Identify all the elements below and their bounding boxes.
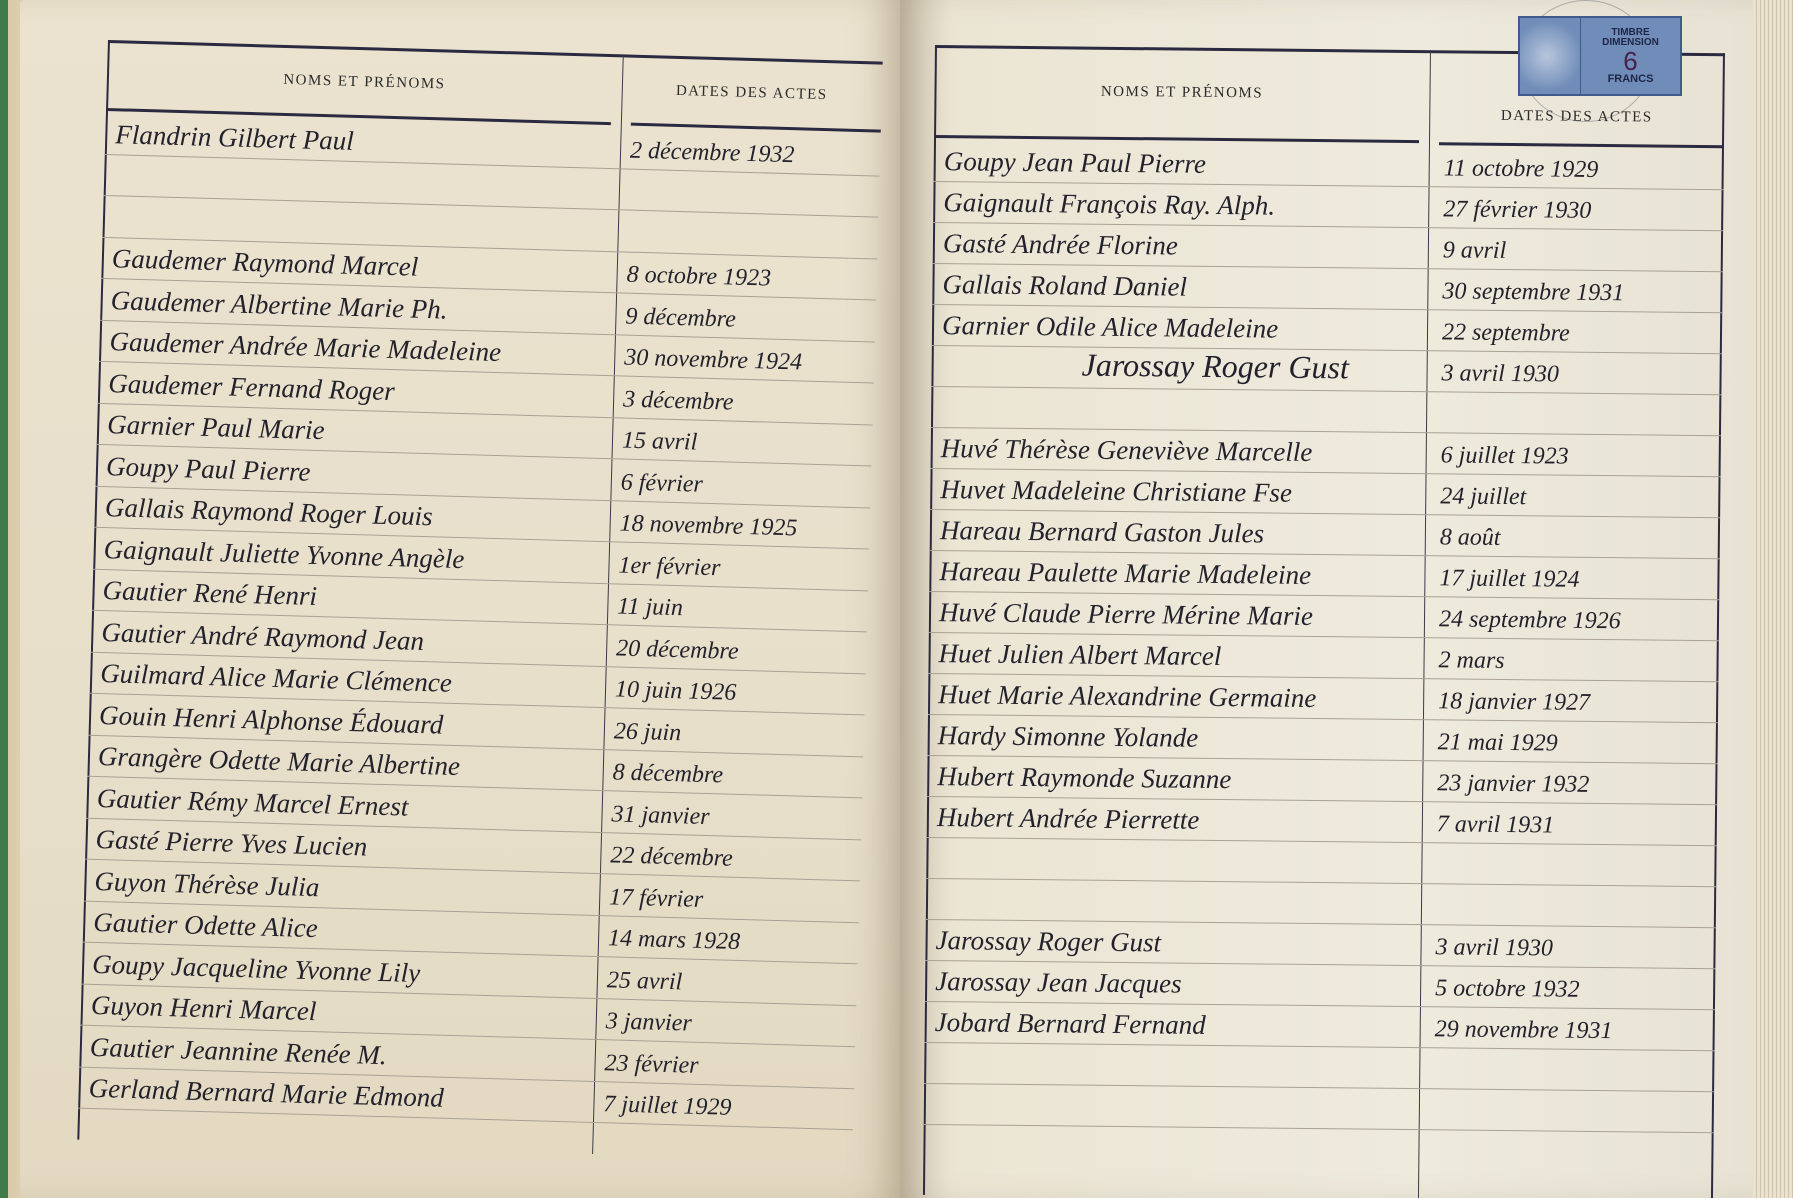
entry-name: Garnier Odile Alice Madeleine — [942, 310, 1278, 345]
entry-date: 22 septembre — [1442, 319, 1570, 347]
entry-date: 18 janvier 1927 — [1438, 688, 1590, 717]
entry-name: Goupy Jacqueline Yvonne Lily — [92, 948, 421, 988]
entry-date: 7 juillet 1929 — [603, 1091, 732, 1122]
entry-name: Huet Julien Albert Marcel — [938, 638, 1221, 672]
entry-date: 8 décembre — [612, 759, 723, 789]
entry-name: Jobard Bernard Fernand — [935, 1007, 1206, 1041]
page-stack-edge — [1753, 0, 1793, 1198]
entry-date: 26 juin — [614, 718, 682, 747]
entry-name: Hubert Andrée Pierrette — [937, 802, 1200, 836]
entry-name: Garnier Paul Marie — [107, 409, 325, 446]
dates-column-header: DATES DES ACTES — [621, 54, 883, 131]
entry-name: Gaudemer Andrée Marie Madeleine — [109, 326, 501, 368]
entry-date: 3 avril 1930 — [1435, 934, 1553, 962]
entry-name: Gallais Raymond Roger Louis — [105, 492, 433, 532]
entry-date: 10 juin 1926 — [615, 676, 737, 706]
left-register-table: NOMS ET PRÉNOMS DATES DES ACTES Flandrin… — [77, 40, 882, 1161]
entry-date: 30 septembre 1931 — [1442, 278, 1624, 307]
entry-date: 9 avril — [1443, 237, 1507, 265]
entry-name: Gautier Rémy Marcel Ernest — [96, 782, 408, 822]
entry-date: 11 octobre 1929 — [1444, 155, 1599, 184]
entry-name: Gautier René Henri — [102, 575, 317, 612]
entry-date: 6 juillet 1923 — [1441, 442, 1569, 470]
entry-name: Gallais Roland Daniel — [942, 269, 1187, 303]
entry-date: 18 novembre 1925 — [619, 510, 797, 542]
entry-name: Guyon Thérèse Julia — [94, 865, 320, 902]
entry-date: 25 avril — [607, 967, 683, 996]
entry-date: 2 décembre 1932 — [630, 137, 795, 169]
entry-date: 6 février — [620, 469, 703, 498]
entry-name: Hardy Simonne Yolande — [938, 720, 1199, 754]
entry-name: Huvet Madeleine Christiane Fse — [940, 474, 1292, 509]
entry-date: 9 décembre — [625, 303, 736, 333]
entry-date: 30 novembre 1924 — [624, 345, 802, 377]
entry-name: Gasté Andrée Florine — [943, 228, 1178, 261]
entry-name: Gaudemer Fernand Roger — [108, 368, 395, 407]
entry-name: Guilmard Alice Marie Clémence — [100, 658, 452, 699]
entry-date: 17 février — [609, 884, 704, 914]
entry-date: 17 juillet 1924 — [1439, 565, 1579, 593]
entry-name: Gaudemer Albertine Marie Ph. — [110, 285, 448, 325]
right-register-table: NOMS ET PRÉNOMS DATES DES ACTES Goupy Je… — [923, 45, 1725, 1198]
stamp-line1: TIMBRE — [1611, 28, 1649, 38]
entry-name: Gasté Pierre Yves Lucien — [95, 824, 367, 863]
entry-date: 3 décembre — [623, 386, 734, 416]
entry-date: 29 novembre 1931 — [1435, 1016, 1613, 1045]
entry-date: 15 avril — [622, 428, 698, 457]
entry-name: Hareau Paulette Marie Madeleine — [939, 556, 1311, 591]
entry-name: Goupy Paul Pierre — [106, 451, 311, 488]
entry-name: Huvé Thérèse Geneviève Marcelle — [941, 433, 1313, 468]
entry-date: 7 avril 1931 — [1437, 811, 1555, 839]
entry-name: Hareau Bernard Gaston Jules — [940, 515, 1265, 549]
entry-date: 5 octobre 1932 — [1435, 975, 1580, 1004]
entry-name: Gautier Odette Alice — [93, 907, 318, 944]
entry-date: 14 mars 1928 — [608, 925, 741, 956]
entry-date: 1er février — [618, 552, 721, 582]
entry-date: 24 septembre 1926 — [1439, 606, 1621, 635]
entry-name: Jarossay Roger Gust — [935, 925, 1161, 958]
table-row — [924, 1083, 1714, 1133]
entry-name: Huvé Claude Pierre Mérine Marie — [939, 597, 1313, 632]
entry-name: Guyon Henri Marcel — [91, 990, 317, 1027]
entry-name: Flandrin Gilbert Paul — [115, 119, 354, 157]
entry-date: 20 décembre — [616, 635, 739, 665]
entry-name: Goupy Jean Paul Pierre — [944, 146, 1206, 180]
entry-date: 3 avril 1930 — [1441, 360, 1559, 388]
entry-name: Gaudemer Raymond Marcel — [111, 243, 418, 283]
entry-date: 8 octobre 1923 — [626, 262, 771, 293]
entry-date: 3 janvier — [605, 1008, 692, 1037]
stamp-currency: FRANCS — [1608, 74, 1654, 85]
entry-date: 31 janvier — [611, 801, 710, 831]
entry-name: Gouin Henri Alphonse Édouard — [99, 700, 444, 741]
entry-date: 21 mai 1929 — [1438, 729, 1558, 757]
entry-name: Gautier André Raymond Jean — [101, 617, 424, 657]
entry-date: 23 janvier 1932 — [1437, 770, 1589, 799]
entry-name: Grangère Odette Marie Albertine — [98, 741, 461, 782]
entry-date: 24 juillet — [1440, 483, 1526, 511]
entry-date: 27 février 1930 — [1443, 196, 1591, 225]
entry-date: 2 mars — [1438, 647, 1504, 675]
entry-name: Gautier Jeannine Renée M. — [89, 1031, 387, 1070]
marianne-portrait-icon — [1520, 18, 1581, 94]
entry-name: Gerland Bernard Marie Edmond — [88, 1073, 444, 1114]
revenue-stamp: TIMBRE DIMENSION 6 FRANCS — [1518, 16, 1682, 96]
stamp-text: TIMBRE DIMENSION 6 FRANCS — [1581, 18, 1680, 94]
entry-date: 8 août — [1440, 524, 1501, 552]
entry-name: Jarossay Roger Gust — [1081, 347, 1349, 387]
entry-name: Jarossay Jean Jacques — [935, 966, 1182, 1000]
entry-date: 22 décembre — [610, 842, 733, 872]
entry-name: Hubert Raymonde Suzanne — [937, 761, 1231, 795]
entry-date: 23 février — [604, 1050, 699, 1080]
stamp-value: 6 — [1623, 48, 1637, 74]
entry-name: Gaignault Juliette Yvonne Angèle — [103, 534, 464, 575]
entry-name: Gaignault François Ray. Alph. — [943, 187, 1275, 221]
entry-name: Huet Marie Alexandrine Germaine — [938, 679, 1316, 714]
names-column-header: NOMS ET PRÉNOMS — [934, 55, 1430, 130]
entry-date: 11 juin — [617, 593, 683, 622]
